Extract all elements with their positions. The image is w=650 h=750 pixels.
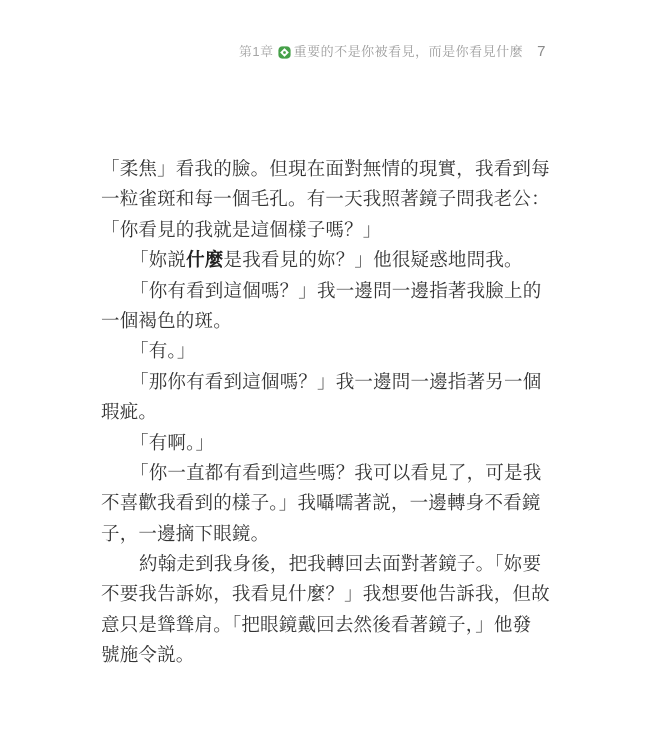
text-line: 「你一直都有看到這些嗎？我可以看見了，可是我 <box>101 459 553 489</box>
text-line: 「柔焦」看我的臉。但現在面對無情的現實，我看到每 <box>101 155 553 185</box>
chapter-title: 重要的不是你被看見，而是你看見什麼 <box>294 44 524 60</box>
text-segment: 「妳説 <box>130 251 186 271</box>
text-segment: 是我看見的妳？」他很疑惑地問我。 <box>224 251 523 271</box>
text-line: 子，一邊摘下眼鏡。 <box>101 520 553 550</box>
text-line: 一粒雀斑和每一個毛孔。有一天我照著鏡子問我老公： <box>101 185 553 215</box>
page-number: 7 <box>537 44 546 60</box>
text-line: 約翰走到我身後，把我轉回去面對著鏡子。「妳要 <box>101 550 553 580</box>
chapter-label: 第1章 <box>239 44 274 60</box>
flower-badge-icon <box>278 46 291 59</box>
running-header: 第1章 重要的不是你被看見，而是你看見什麼 7 <box>239 44 546 60</box>
text-line: 意只是聳聳肩。「把眼鏡戴回去然後看著鏡子，」他發 <box>101 611 553 641</box>
text-segment-bold: 什麼 <box>186 251 223 271</box>
book-page: 第1章 重要的不是你被看見，而是你看見什麼 7 「柔焦」看我的臉。但現在面對無情… <box>0 0 650 750</box>
text-line: 「你有看到這個嗎？」我一邊問一邊指著我臉上的 <box>101 277 553 307</box>
body-text-block: 「柔焦」看我的臉。但現在面對無情的現實，我看到每 一粒雀斑和每一個毛孔。有一天我… <box>101 155 553 672</box>
text-line: 不喜歡我看到的樣子。」我囁嚅著説，一邊轉身不看鏡 <box>101 489 553 519</box>
text-line: 「那你有看到這個嗎？」我一邊問一邊指著另一個 <box>101 368 553 398</box>
text-line: 瑕疵。 <box>101 398 553 428</box>
text-line: 「你看見的我就是這個樣子嗎？」 <box>101 216 553 246</box>
text-line: 「妳説什麼是我看見的妳？」他很疑惑地問我。 <box>101 246 553 276</box>
text-line: 號施令説。 <box>101 641 553 671</box>
text-line: 「有。」 <box>101 337 553 367</box>
text-line: 一個褐色的斑。 <box>101 307 553 337</box>
text-line: 不要我告訴妳，我看見什麼？」我想要他告訴我，但故 <box>101 580 553 610</box>
text-line: 「有啊。」 <box>101 429 553 459</box>
